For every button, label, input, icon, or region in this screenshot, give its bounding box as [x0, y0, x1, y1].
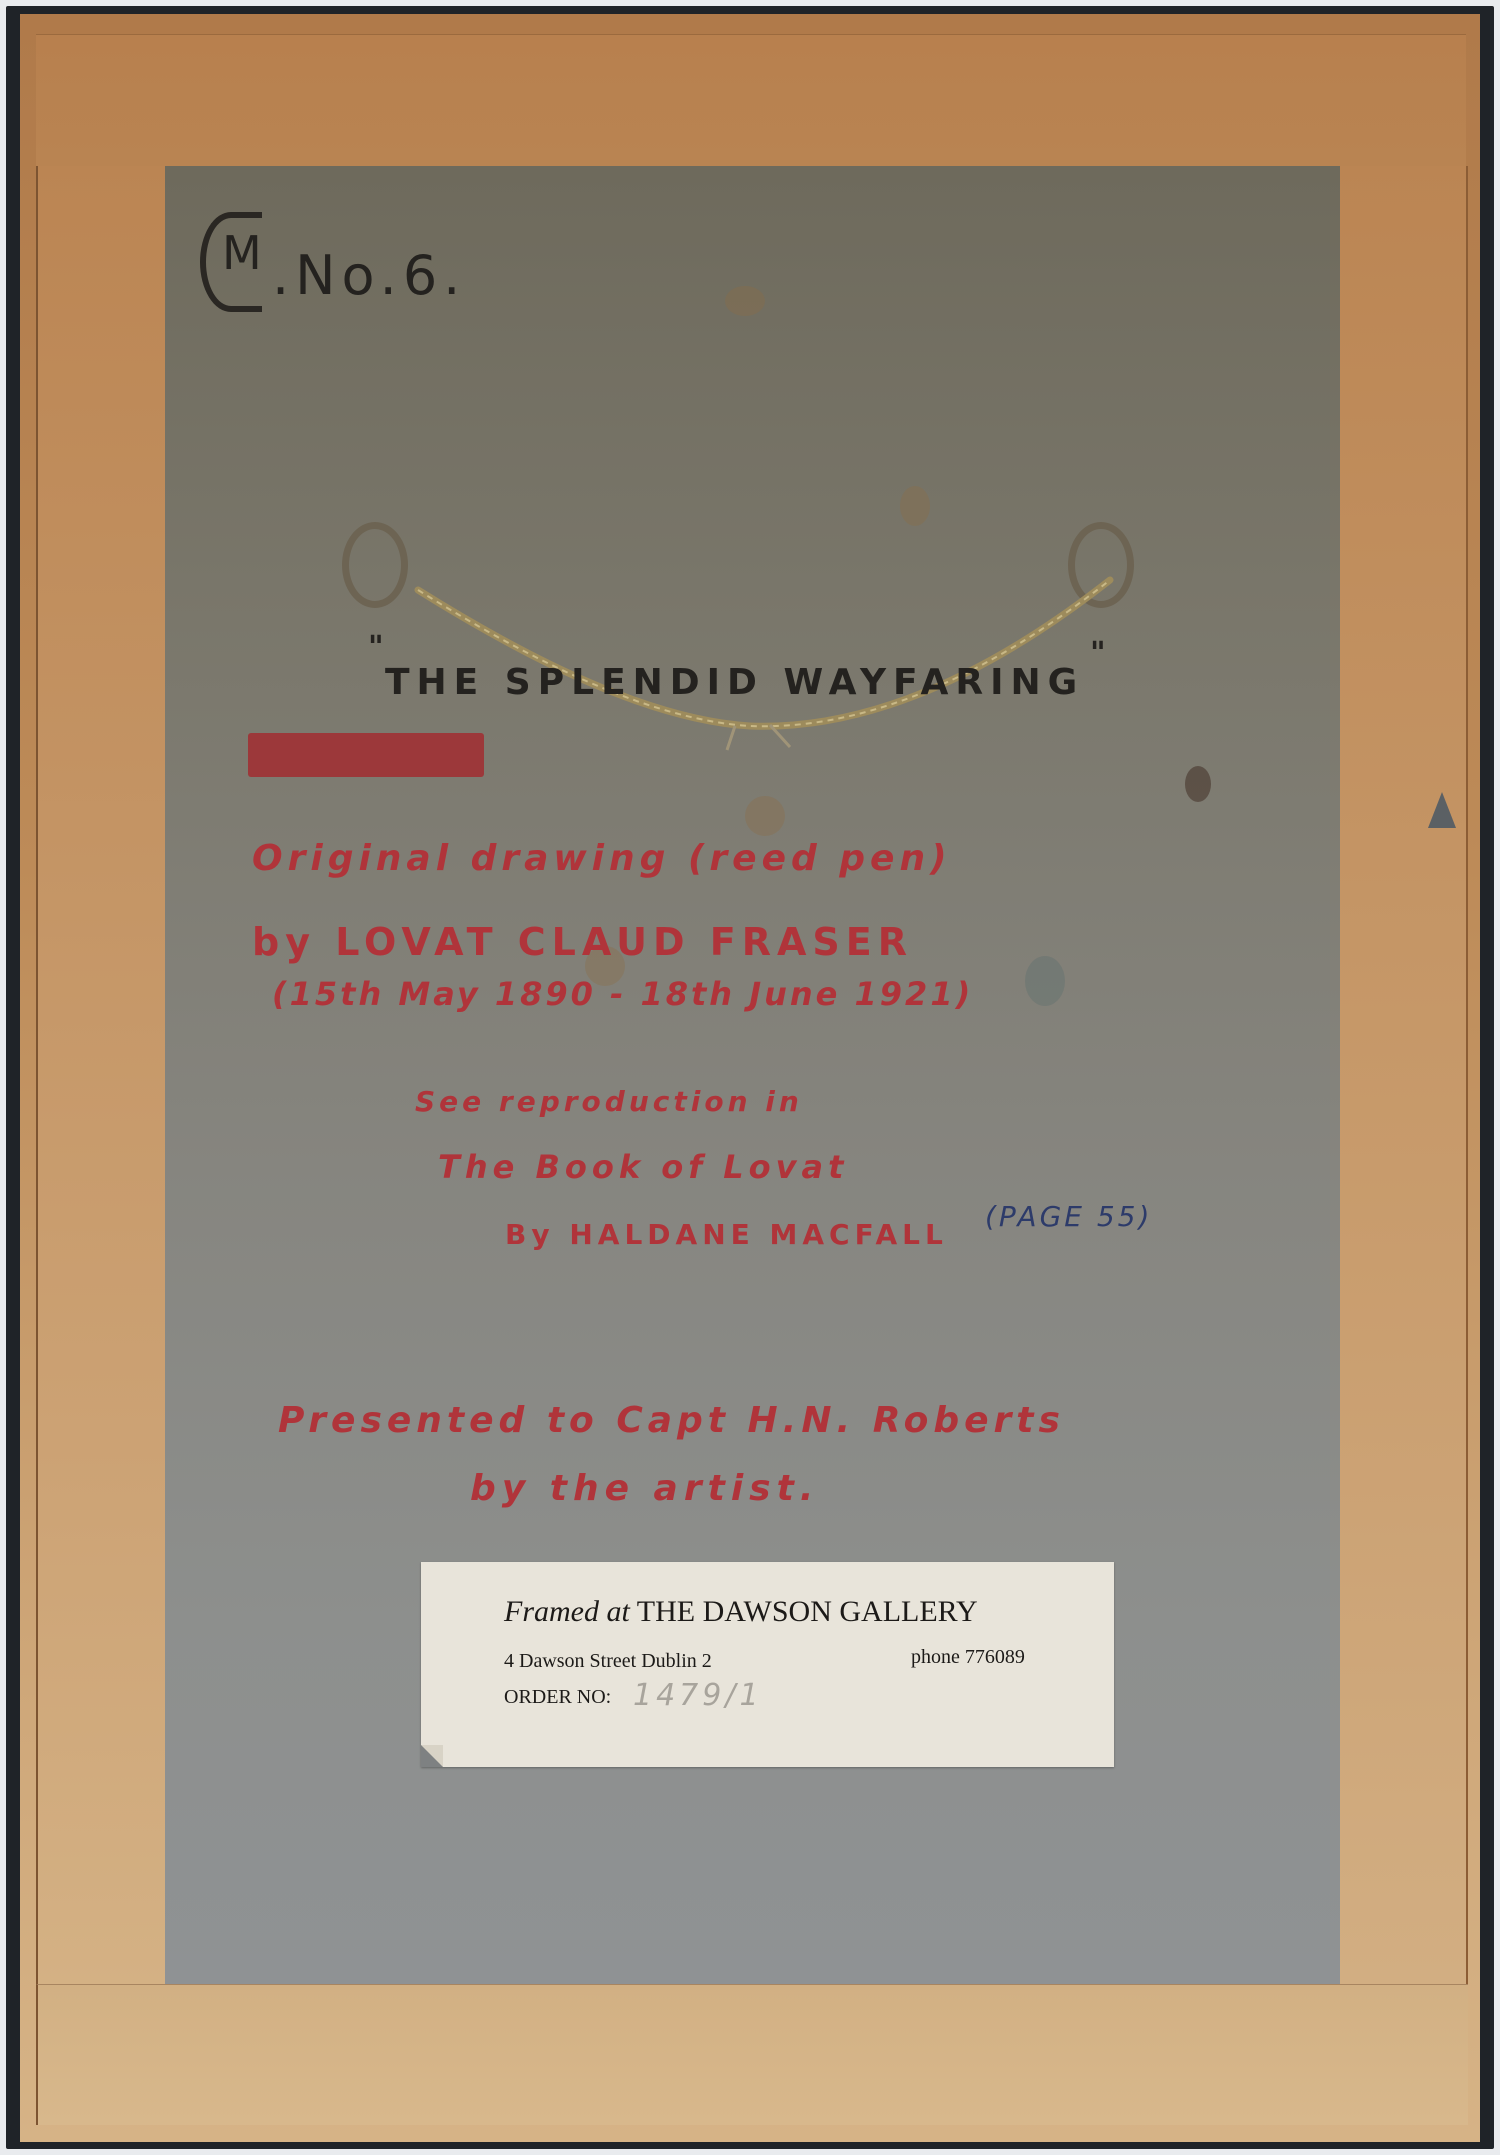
stain	[725, 286, 765, 316]
label-order-label: ORDER NO:	[504, 1686, 611, 1709]
backing-tear	[1428, 792, 1456, 828]
catalogue-number: .No.6.	[272, 244, 466, 307]
label-phone: phone 776089	[911, 1646, 1025, 1669]
inscription-presented-to: Presented to Capt H.N. Roberts	[278, 1400, 1065, 1441]
inscription-artist: by LOVAT CLAUD FRASER	[252, 920, 913, 964]
inscription-page-reference: (PAGE 55)	[985, 1200, 1152, 1233]
label-heading: Framed at THE DAWSON GALLERY	[504, 1595, 978, 1629]
label-folded-corner	[421, 1745, 443, 1767]
inscription-dates: (15th May 1890 - 18th June 1921)	[272, 975, 973, 1013]
kraft-tape-left	[36, 166, 168, 1986]
gallery-label: Framed at THE DAWSON GALLERY 4 Dawson St…	[421, 1562, 1114, 1767]
kraft-tape-top	[36, 34, 1466, 168]
artwork-title: THE SPLENDID WAYFARING	[385, 662, 1084, 703]
inscription-author: By HALDANE MACFALL	[505, 1218, 948, 1251]
stain	[1185, 766, 1211, 802]
redacted-text-block	[248, 733, 484, 777]
stain	[1025, 956, 1065, 1006]
label-gallery-name: THE DAWSON GALLERY	[637, 1595, 978, 1628]
inscription-see-reproduction: See reproduction in	[415, 1085, 803, 1118]
label-framed-prefix: Framed at	[504, 1595, 630, 1628]
label-order-value: 1479/1	[633, 1678, 763, 1713]
label-address: 4 Dawson Street Dublin 2	[504, 1650, 712, 1673]
kraft-tape-bottom	[36, 1984, 1468, 2125]
inscription-book-title: The Book of Lovat	[438, 1148, 848, 1186]
catalogue-mark-letter: M	[222, 226, 262, 280]
title-open-quote: "	[368, 630, 388, 665]
hanging-wire	[330, 520, 1190, 760]
inscription-original-drawing: Original drawing (reed pen)	[252, 838, 952, 879]
inscription-by-artist: by the artist.	[470, 1468, 819, 1509]
stain	[745, 796, 785, 836]
title-close-quote: "	[1090, 636, 1110, 671]
kraft-tape-right	[1338, 166, 1468, 1986]
